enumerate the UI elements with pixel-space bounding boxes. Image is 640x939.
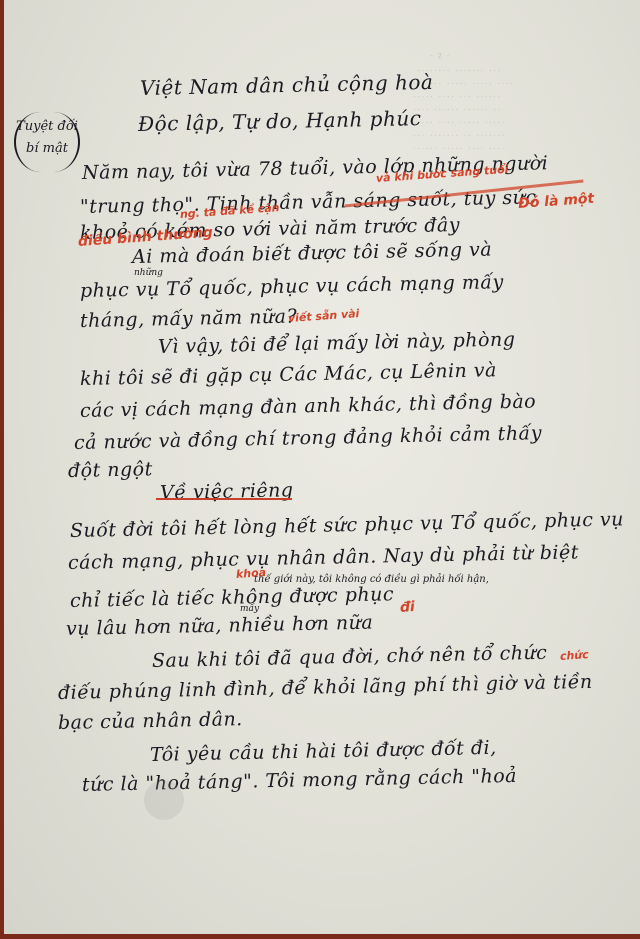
p3-line-2: cách mạng, phục vụ nhân dân. Nay dù phải… [68, 541, 579, 574]
p2-line-2: khi tôi sẽ đi gặp cụ Các Mác, cụ Lênin v… [80, 359, 497, 390]
document-page: - 2 - ........ ....... ... ... ... .....… [4, 0, 640, 934]
header-line-2: Độc lập, Tự do, Hạnh phúc [138, 106, 422, 136]
insertion-note: những [134, 268, 163, 278]
p2-line-1: Vì vậy, tôi để lại mấy lời này, phòng [158, 329, 516, 358]
margin-note-top-secret: Tuyệt đối bí mật [14, 112, 80, 172]
bleed-through-text: - 2 - ........ ....... ... ... ... .....… [404, 50, 514, 154]
margin-note-line-2: bí mật [16, 138, 78, 160]
p2-line-4: cả nước và đồng chí trong đảng khỏi cảm … [74, 422, 542, 454]
p4-line-2: điếu phúng linh đình, để khỏi lãng phí t… [58, 671, 593, 704]
correction-note: chức [560, 648, 590, 663]
p3-line-4: vụ lâu hơn nữa, nhiều hơn nữa [66, 612, 374, 640]
p1-line-4: Ai mà đoán biết được tôi sẽ sống và [132, 238, 493, 268]
correction-note: viết sẵn vài [288, 307, 360, 325]
p2-line-3: các vị cách mạng đàn anh khác, thì đồng … [80, 390, 537, 422]
p1-line-6: tháng, mấy năm nữa? [80, 305, 298, 332]
header-line-1: Việt Nam dân chủ cộng hoà [140, 70, 434, 100]
insertion-note: mấy [240, 604, 259, 614]
p4-line-1: Sau khi tôi đã qua đời, chớ nên tổ chức [152, 642, 548, 672]
p2-line-5: đột ngột [68, 458, 153, 482]
correction-note: khoa [236, 566, 267, 581]
p5-line-1: Tôi yêu cầu thi hài tôi được đốt đi, [150, 737, 497, 766]
p4-line-3: bạc của nhân dân. [58, 708, 243, 734]
heading-underline [156, 498, 292, 500]
section-heading-personal: Về việc riêng [160, 479, 294, 504]
paper-stain [144, 780, 184, 820]
p3-line-3: chỉ tiếc là tiếc không được phục [70, 583, 394, 612]
margin-note-line-1: Tuyệt đối [16, 116, 78, 138]
correction-note: đi [399, 599, 415, 616]
p3-line-1: Suốt đời tôi hết lòng hết sức phục vụ Tổ… [70, 508, 624, 542]
